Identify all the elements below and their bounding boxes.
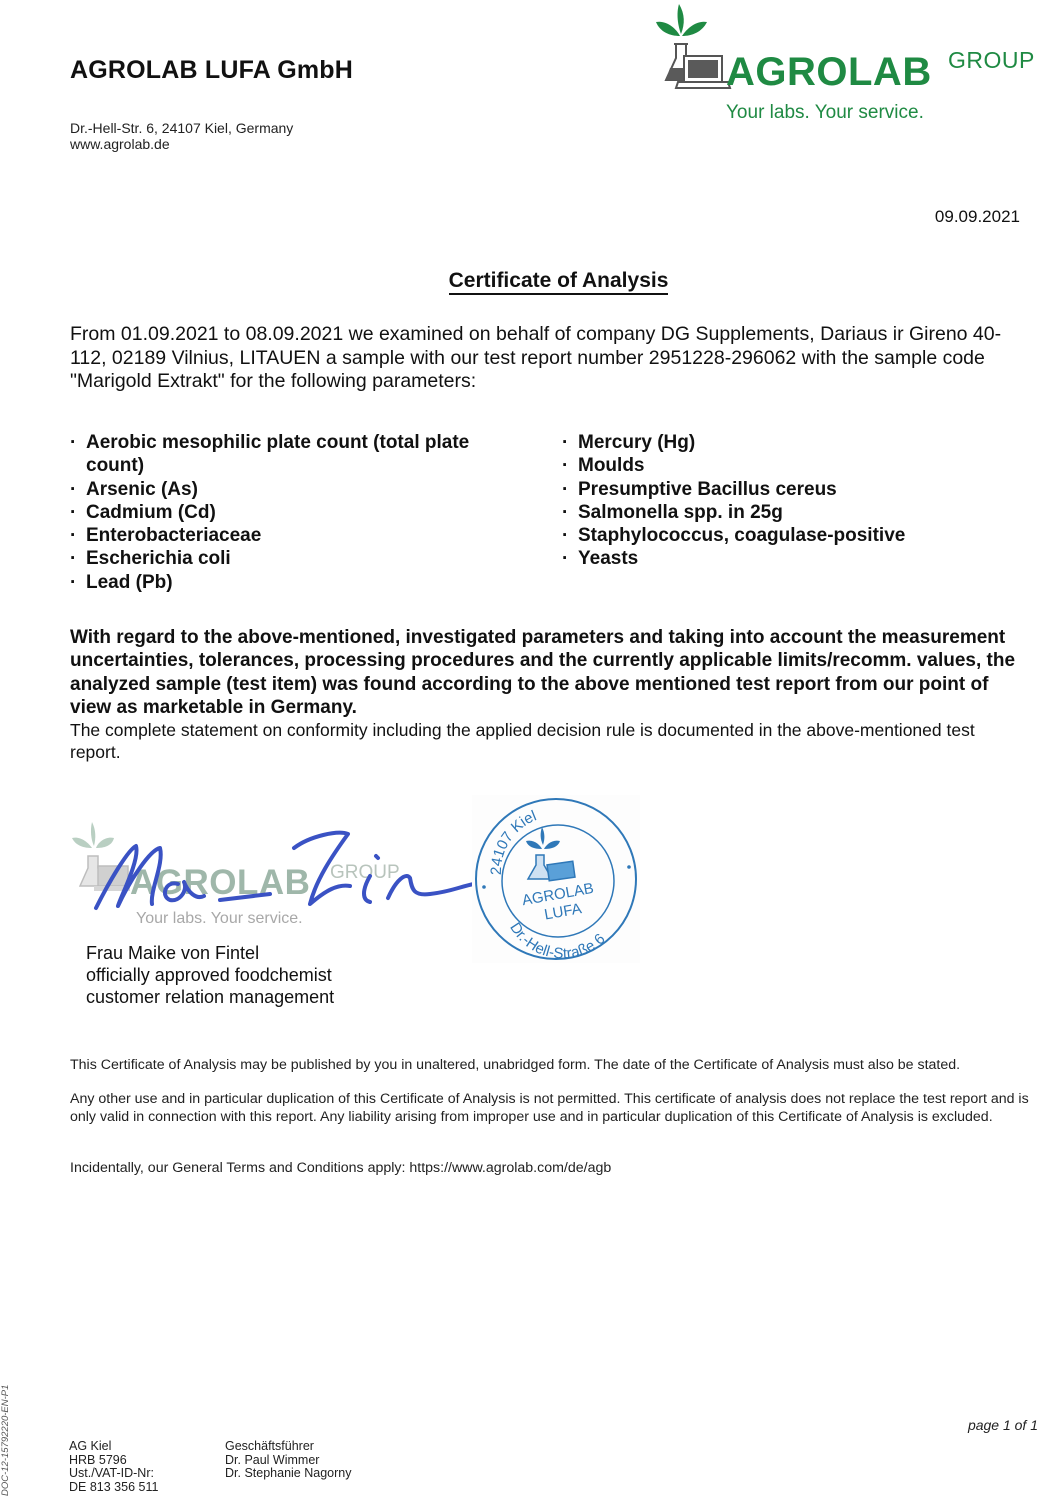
publication-note: This Certificate of Analysis may be publ… [70,1057,1035,1075]
parameter-item: ·Staphylococcus, coagulase-positive [562,524,1022,547]
bullet-icon: · [562,547,568,570]
signatory-department: customer relation management [86,986,334,1008]
bullet-icon: · [70,501,76,524]
conformity-note: The complete statement on conformity inc… [70,719,1030,763]
address-line: Dr.-Hell-Str. 6, 24107 Kiel, Germany [70,120,293,136]
signature-area: AGROLAB GROUP Your labs. Your service. [70,820,470,935]
logo-wordmark: AGROLAB [726,50,932,95]
company-website: www.agrolab.de [70,136,293,152]
bullet-icon: · [70,478,76,501]
parameter-item: ·Aerobic mesophilic plate count (total p… [70,431,530,478]
company-stamp: 24107 Kiel Dr.-Hell-Straße 6 AGROLAB LUF… [472,795,640,963]
parameter-item: ·Presumptive Bacillus cereus [562,478,1022,501]
flask-laptop-plant-icon [652,0,732,95]
terms-text: Incidentally, our General Terms and Cond… [70,1160,409,1176]
stamp-bottom-text: Dr.-Hell-Straße 6 [506,920,608,963]
bullet-icon: · [562,454,568,477]
footer-court: AG Kiel [69,1440,158,1454]
parameter-item: ·Mercury (Hg) [562,431,1022,454]
document-title: Certificate of Analysis [0,269,1040,293]
agrolab-group-logo: AGROLAB GROUP Your labs. Your service. [652,0,1040,130]
bullet-icon: · [562,478,568,501]
parameter-item: ·Arsenic (As) [70,478,530,501]
signatory-title: officially approved foodchemist [86,964,334,986]
bullet-icon: · [70,431,76,454]
footer-directors-label: Geschäftsführer [225,1440,351,1454]
parameter-list-right: ·Mercury (Hg) ·Moulds ·Presumptive Bacil… [562,431,1022,571]
svg-text:Dr.-Hell-Straße 6: Dr.-Hell-Straße 6 [506,920,608,963]
footer-registry: HRB 5796 [69,1454,158,1468]
parameter-item: ·Moulds [562,454,1022,477]
company-name: AGROLAB LUFA GmbH [70,56,353,85]
parameter-item: ·Escherichia coli [70,547,530,570]
bullet-icon: · [562,501,568,524]
logo-group-label: GROUP [948,47,1035,74]
parameter-item: ·Salmonella spp. in 25g [562,501,1022,524]
parameter-list-left: ·Aerobic mesophilic plate count (total p… [70,431,530,594]
handwritten-signature [70,820,480,935]
signatory-block: Frau Maike von Fintel officially approve… [86,942,334,1008]
parameter-item: ·Yeasts [562,547,1022,570]
signatory-name: Frau Maike von Fintel [86,942,334,964]
terms-note: Incidentally, our General Terms and Cond… [70,1160,1035,1178]
stamp-seal-icon: 24107 Kiel Dr.-Hell-Straße 6 AGROLAB LUF… [472,795,640,963]
footer-management: Geschäftsführer Dr. Paul Wimmer Dr. Step… [225,1440,351,1481]
footer-vat-label: Ust./VAT-ID-Nr: [69,1467,158,1481]
intro-paragraph: From 01.09.2021 to 08.09.2021 we examine… [70,323,1035,394]
footer-director: Dr. Paul Wimmer [225,1454,351,1468]
usage-restriction-note: Any other use and in particular duplicat… [70,1091,1035,1126]
logo-tagline: Your labs. Your service. [726,102,924,124]
parameter-item: ·Lead (Pb) [70,571,530,594]
footer-vat-number: DE 813 356 511 [69,1481,158,1495]
parameter-item: ·Enterobacteriaceae [70,524,530,547]
terms-link[interactable]: https://www.agrolab.com/de/agb [409,1160,611,1176]
company-address: Dr.-Hell-Str. 6, 24107 Kiel, Germany www… [70,120,293,152]
document-title-text: Certificate of Analysis [449,269,669,295]
bullet-icon: · [562,431,568,454]
parameter-item: ·Cadmium (Cd) [70,501,530,524]
bullet-icon: · [562,524,568,547]
document-code: DOC-12-15792220-EN-P1 [0,1381,11,1496]
bullet-icon: · [70,524,76,547]
document-date: 09.09.2021 [935,207,1020,227]
bullet-icon: · [70,547,76,570]
footer-director: Dr. Stephanie Nagorny [225,1467,351,1481]
footer-registration: AG Kiel HRB 5796 Ust./VAT-ID-Nr: DE 813 … [69,1440,158,1494]
page-indicator: page 1 of 1 [968,1417,1038,1433]
conclusion-statement: With regard to the above-mentioned, inve… [70,626,1030,719]
bullet-icon: · [70,571,76,594]
